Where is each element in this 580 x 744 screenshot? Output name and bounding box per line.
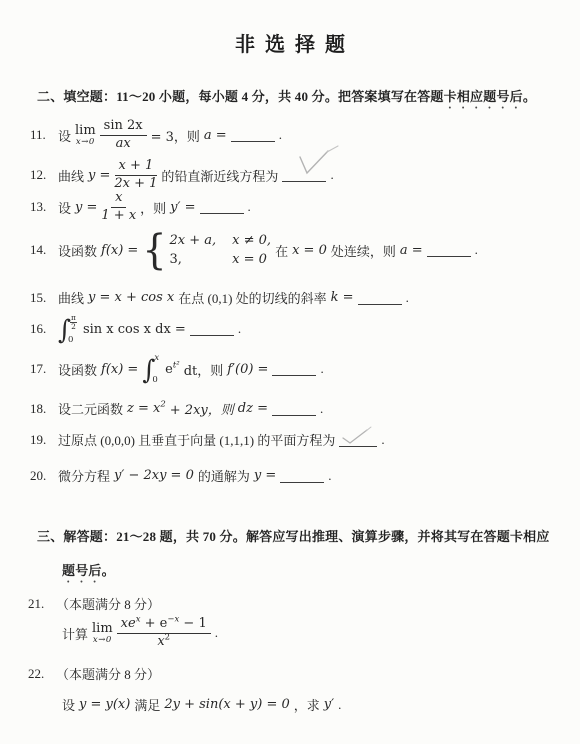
q17-period: . <box>320 361 323 377</box>
q20-period: . <box>328 468 331 484</box>
num-term1-exp: x <box>136 615 141 625</box>
q18-period: . <box>320 401 323 417</box>
solve-heading-emphasized: 题号后 <box>62 563 102 578</box>
question-number: 21. <box>28 596 52 612</box>
q14-period: . <box>475 242 478 258</box>
q11-text: 设 <box>58 126 71 145</box>
answer-blank <box>427 243 471 257</box>
fraction-numerator: xex + e−x − 1 <box>117 617 211 634</box>
question-number: 22. <box>28 666 52 682</box>
q17-text2: dt，则 <box>184 360 224 379</box>
answer-blank <box>280 469 324 483</box>
q11-period: . <box>279 127 282 143</box>
q16-integrand: sin x cos x dx = <box>83 322 186 337</box>
q14-text2: 在 <box>275 241 288 260</box>
q21-points: （本题满分 8 分） <box>56 594 160 613</box>
q12-lhs: y = <box>88 168 110 183</box>
question-number: 15. <box>30 290 54 306</box>
integral-limits: π 2 0 <box>70 314 77 344</box>
answer-blank <box>231 128 275 142</box>
handwritten-checkmark-icon <box>294 143 342 183</box>
exam-title: 非选择题 <box>0 28 580 57</box>
case1-expression: 2x + a, <box>170 233 217 249</box>
fill-heading-period: 。 <box>523 89 536 104</box>
q12-text: 曲线 <box>58 166 84 185</box>
answer-blank <box>272 362 316 376</box>
e-base: e <box>165 362 173 377</box>
limit-operator: lim <box>92 622 113 635</box>
q15-period: . <box>406 290 409 306</box>
fill-heading-emphasized: 卡相应题号后 <box>444 89 523 104</box>
x-exponent: 2 <box>160 400 165 410</box>
integral-block: ∫ x 0 <box>142 354 161 384</box>
den-exp: 2 <box>165 633 170 643</box>
question-number: 19. <box>30 432 54 448</box>
num-term2-exp: −x <box>167 615 179 625</box>
integral-symbol: ∫ <box>58 316 71 342</box>
question-18: 18. 设二元函数 z = x2 + 2xy，则 dz = . <box>30 399 323 418</box>
q15-curve: y = x + cos x <box>88 290 174 305</box>
z-expression: z = x <box>127 401 160 416</box>
question-22-body: 设 y = y(x) 满足 2y + sin(x + y) = 0 ，求 y′ … <box>62 695 341 714</box>
answer-blank <box>200 200 244 214</box>
q17-function: f(x) = <box>101 362 138 377</box>
solve-heading-text: 三、解答题：21～28 题，共 70 分。解答应写出推理、演算步骤，并将其写在答… <box>37 529 550 544</box>
answer-blank <box>190 322 234 336</box>
case2-condition: x = 0 <box>232 252 271 268</box>
exam-scan-page: 非选择题 二、填空题：11～20 小题，每小题 4 分，共 40 分。把答案填写… <box>0 0 580 744</box>
left-brace: { <box>142 232 166 269</box>
q19-period: . <box>381 432 384 448</box>
q14-text: 设函数 <box>58 241 97 260</box>
q11-variable: a = <box>204 128 227 143</box>
q15-text2: 在点 (0,1) 处的切线的斜率 <box>178 288 326 307</box>
solve-section-heading-line1: 三、解答题：21～28 题，共 70 分。解答应写出推理、演算步骤，并将其写在答… <box>37 526 550 545</box>
q20-solution-lhs: y = <box>254 468 276 483</box>
q14-text3: 处连续，则 <box>331 241 396 260</box>
question-13: 13. 设 y = x 1 + x ，则 y′ = . <box>30 191 251 224</box>
question-19: 19. 过原点 (0,0,0) 且垂直于向量 (1,1,1) 的平面方程为 . <box>30 430 385 449</box>
q20-text2: 的通解为 <box>198 466 250 485</box>
num-term1: xe <box>121 616 136 631</box>
q15-slope: k = <box>331 290 354 305</box>
den-base: x <box>157 634 164 649</box>
solve-section-heading-line2: 题号后。 <box>62 560 115 586</box>
q22-text3: ，求 <box>294 695 320 714</box>
case1-condition: x ≠ 0, <box>232 233 271 249</box>
fraction-denominator: 1 + x <box>101 208 136 224</box>
fraction: xex + e−x − 1 x2 <box>117 617 211 650</box>
num-term2: + e <box>145 616 168 631</box>
upper-limit-denominator: 2 <box>71 323 76 331</box>
q20-equation: y′ − 2xy = 0 <box>114 468 194 483</box>
fraction: x + 1 2x + 1 <box>114 159 157 192</box>
fraction: sin 2x ax <box>100 119 147 152</box>
num-term3: − 1 <box>183 616 206 631</box>
e-exponent: t² <box>173 360 180 370</box>
integral-block: ∫ π 2 0 <box>58 314 79 344</box>
q22-target: y′ <box>324 697 334 712</box>
case2-expression: 3, <box>170 252 217 268</box>
question-number: 11. <box>30 127 54 143</box>
q12-text2: 的铅直渐近线方程为 <box>161 166 278 185</box>
integral-symbol: ∫ <box>142 356 155 382</box>
q14-point: x = 0 <box>292 243 327 258</box>
limit-operator: lim <box>75 124 96 137</box>
q13-derivative: y′ = <box>170 200 195 215</box>
question-number: 13. <box>30 199 54 215</box>
fraction-numerator: x + 1 <box>115 159 158 176</box>
q17-derivative: f′(0) = <box>227 362 268 377</box>
question-number: 17. <box>30 361 54 377</box>
fraction-denominator: x2 <box>157 634 170 650</box>
question-number: 16. <box>30 321 54 337</box>
q19-text: 过原点 (0,0,0) 且垂直于向量 (1,1,1) 的平面方程为 <box>58 430 335 449</box>
question-16: 16. ∫ π 2 0 sin x cos x dx = . <box>30 314 241 344</box>
q17-integrand-base: et² <box>165 362 180 377</box>
q22-function: y = y(x) <box>79 697 130 712</box>
fraction-numerator: x <box>111 191 126 208</box>
q11-equation: = 3，则 <box>151 126 200 145</box>
fill-section-heading: 二、填空题：11～20 小题，每小题 4 分，共 40 分。把答案填写在答题卡相… <box>37 86 536 112</box>
q22-equation: 2y + sin(x + y) = 0 <box>164 697 289 712</box>
q18-expression-rest: + 2xy，则 <box>170 399 234 418</box>
q13-lhs: y = <box>75 200 97 215</box>
q13-text: 设 <box>58 198 71 217</box>
limit-subscript: x→0 <box>93 636 112 645</box>
limit-block: lim x→0 <box>92 622 113 645</box>
q20-text: 微分方程 <box>58 466 110 485</box>
q21-period: . <box>215 625 218 641</box>
q18-text: 设二元函数 <box>58 399 123 418</box>
question-number: 20. <box>30 468 54 484</box>
fill-heading-text: 二、填空题：11～20 小题，每小题 4 分，共 40 分。把答案填写在答题 <box>37 89 444 104</box>
piecewise-function: { 2x + a, x ≠ 0, 3, x = 0 <box>142 233 271 267</box>
question-15: 15. 曲线 y = x + cos x 在点 (0,1) 处的切线的斜率 k … <box>30 288 409 307</box>
q22-points: （本题满分 8 分） <box>56 664 160 683</box>
question-number: 12. <box>30 167 54 183</box>
handwritten-checkmark-icon <box>340 426 372 446</box>
question-17: 17. 设函数 f(x) = ∫ x 0 et² dt，则 f′(0) = . <box>30 354 324 384</box>
q13-period: . <box>248 199 251 215</box>
q21-text: 计算 <box>62 624 88 643</box>
q15-text: 曲线 <box>58 288 84 307</box>
question-number: 18. <box>30 401 54 417</box>
piecewise-cases: 2x + a, x ≠ 0, 3, x = 0 <box>170 233 272 267</box>
q14-function: f(x) = <box>101 243 138 258</box>
question-22-header: 22. （本题满分 8 分） <box>28 664 160 683</box>
q22-text2: 满足 <box>134 695 160 714</box>
question-14: 14. 设函数 f(x) = { 2x + a, x ≠ 0, 3, x = 0… <box>30 233 478 267</box>
q16-period: . <box>238 321 241 337</box>
answer-blank <box>358 291 402 305</box>
limit-subscript: x→0 <box>76 138 95 147</box>
question-20: 20. 微分方程 y′ − 2xy = 0 的通解为 y = . <box>30 466 331 485</box>
fraction-denominator: ax <box>116 136 131 152</box>
question-21-body: 计算 lim x→0 xex + e−x − 1 x2 . <box>62 617 218 650</box>
fraction: x 1 + x <box>101 191 136 224</box>
q22-period: . <box>338 697 341 713</box>
limit-block: lim x→0 <box>75 124 96 147</box>
q22-text: 设 <box>62 695 75 714</box>
q17-text: 设函数 <box>58 360 97 379</box>
solve-heading-period: 。 <box>102 563 115 578</box>
question-21-header: 21. （本题满分 8 分） <box>28 594 160 613</box>
question-12: 12. 曲线 y = x + 1 2x + 1 的铅直渐近线方程为 . <box>30 159 334 192</box>
answer-blank <box>272 402 316 416</box>
question-number: 14. <box>30 242 54 258</box>
q13-text2: ，则 <box>140 198 166 217</box>
upper-limit: π 2 <box>70 314 77 331</box>
q18-differential: dz = <box>238 401 268 416</box>
q14-variable: a = <box>400 243 423 258</box>
fraction-numerator: sin 2x <box>100 119 147 136</box>
question-11: 11. 设 lim x→0 sin 2x ax = 3，则 a = . <box>30 119 282 152</box>
q18-function: z = x2 <box>127 401 166 416</box>
